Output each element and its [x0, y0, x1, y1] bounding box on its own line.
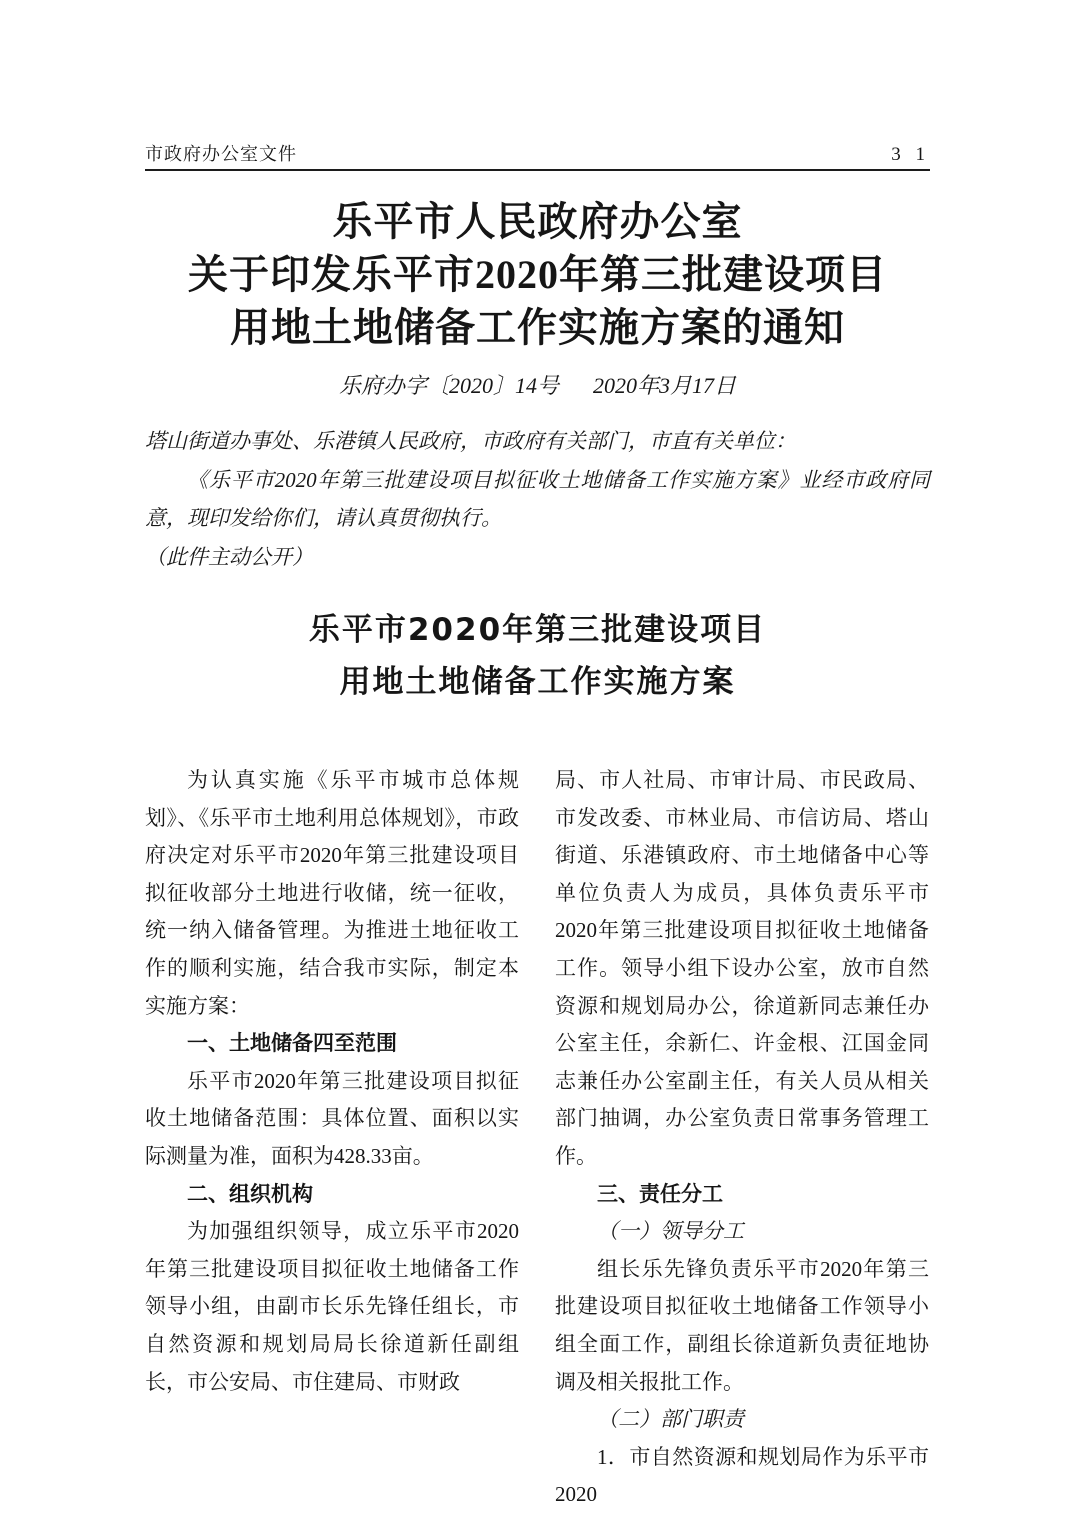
paragraph-organization-continued: 局、市人社局、市审计局、市民政局、市发改委、市林业局、市信访局、塔山街道、乐港镇… — [555, 762, 929, 1176]
notice-intro: 塔山街道办事处、乐港镇人民政府，市政府有关部门，市直有关单位： 《乐平市2020… — [145, 422, 930, 576]
plan-title-line-1: 乐平市2020年第三批建设项目 — [145, 604, 930, 656]
document-title-line-3: 用地土地储备工作实施方案的通知 — [145, 301, 930, 354]
document-date: 2020年3月17日 — [593, 373, 736, 398]
page-number: 3 1 — [891, 144, 930, 166]
disclosure-note: （此件主动公开） — [145, 538, 930, 577]
subsection-heading-2: （二）部门职责 — [555, 1401, 929, 1439]
document-title-line-1: 乐平市人民政府办公室 — [145, 195, 930, 248]
paragraph-scope: 乐平市2020年第三批建设项目拟征收土地储备范围：具体位置、面积以实际测量为准，… — [145, 1063, 519, 1176]
document-meta-line: 乐府办字〔2020〕14号2020年3月17日 — [145, 369, 930, 400]
right-column: 局、市人社局、市审计局、市民政局、市发改委、市林业局、市信访局、塔山街道、乐港镇… — [555, 762, 929, 1514]
left-column: 为认真实施《乐平市城市总体规划》、《乐平市土地利用总体规划》，市政府决定对乐平市… — [145, 762, 519, 1514]
recipients-line: 塔山街道办事处、乐港镇人民政府，市政府有关部门，市直有关单位： — [145, 422, 930, 461]
page-content: 市政府办公室文件 3 1 乐平市人民政府办公室 关于印发乐平市2020年第三批建… — [0, 0, 1074, 1514]
header-doc-type-label: 市政府办公室文件 — [145, 140, 297, 166]
page-header: 市政府办公室文件 3 1 — [145, 140, 930, 171]
paragraph-purpose: 为认真实施《乐平市城市总体规划》、《乐平市土地利用总体规划》，市政府决定对乐平市… — [145, 762, 519, 1025]
section-heading-2: 二、组织机构 — [145, 1176, 519, 1214]
document-title-line-2: 关于印发乐平市2020年第三批建设项目 — [145, 248, 930, 301]
document-page: 市政府办公室文件 3 1 乐平市人民政府办公室 关于印发乐平市2020年第三批建… — [0, 0, 1074, 1520]
section-heading-1: 一、土地储备四至范围 — [145, 1025, 519, 1063]
paragraph-leadership-duties: 组长乐先锋负责乐平市2020年第三批建设项目拟征收土地储备工作领导小组全面工作，… — [555, 1251, 929, 1401]
paragraph-department-duties: 1．市自然资源和规划局作为乐平市2020 — [555, 1439, 929, 1514]
plan-title-line-2: 用地土地储备工作实施方案 — [145, 656, 930, 708]
document-number: 乐府办字〔2020〕14号 — [339, 373, 559, 398]
two-column-body: 为认真实施《乐平市城市总体规划》、《乐平市土地利用总体规划》，市政府决定对乐平市… — [145, 762, 930, 1514]
paragraph-organization: 为加强组织领导，成立乐平市2020年第三批建设项目拟征收土地储备工作领导小组，由… — [145, 1213, 519, 1401]
document-title: 乐平市人民政府办公室 关于印发乐平市2020年第三批建设项目 用地土地储备工作实… — [145, 195, 930, 354]
subsection-heading-1: （一）领导分工 — [555, 1213, 929, 1251]
section-heading-3: 三、责任分工 — [555, 1176, 929, 1214]
notice-body-paragraph: 《乐平市2020年第三批建设项目拟征收土地储备工作实施方案》业经市政府同意，现印… — [145, 461, 930, 538]
plan-title: 乐平市2020年第三批建设项目 用地土地储备工作实施方案 — [145, 604, 930, 708]
